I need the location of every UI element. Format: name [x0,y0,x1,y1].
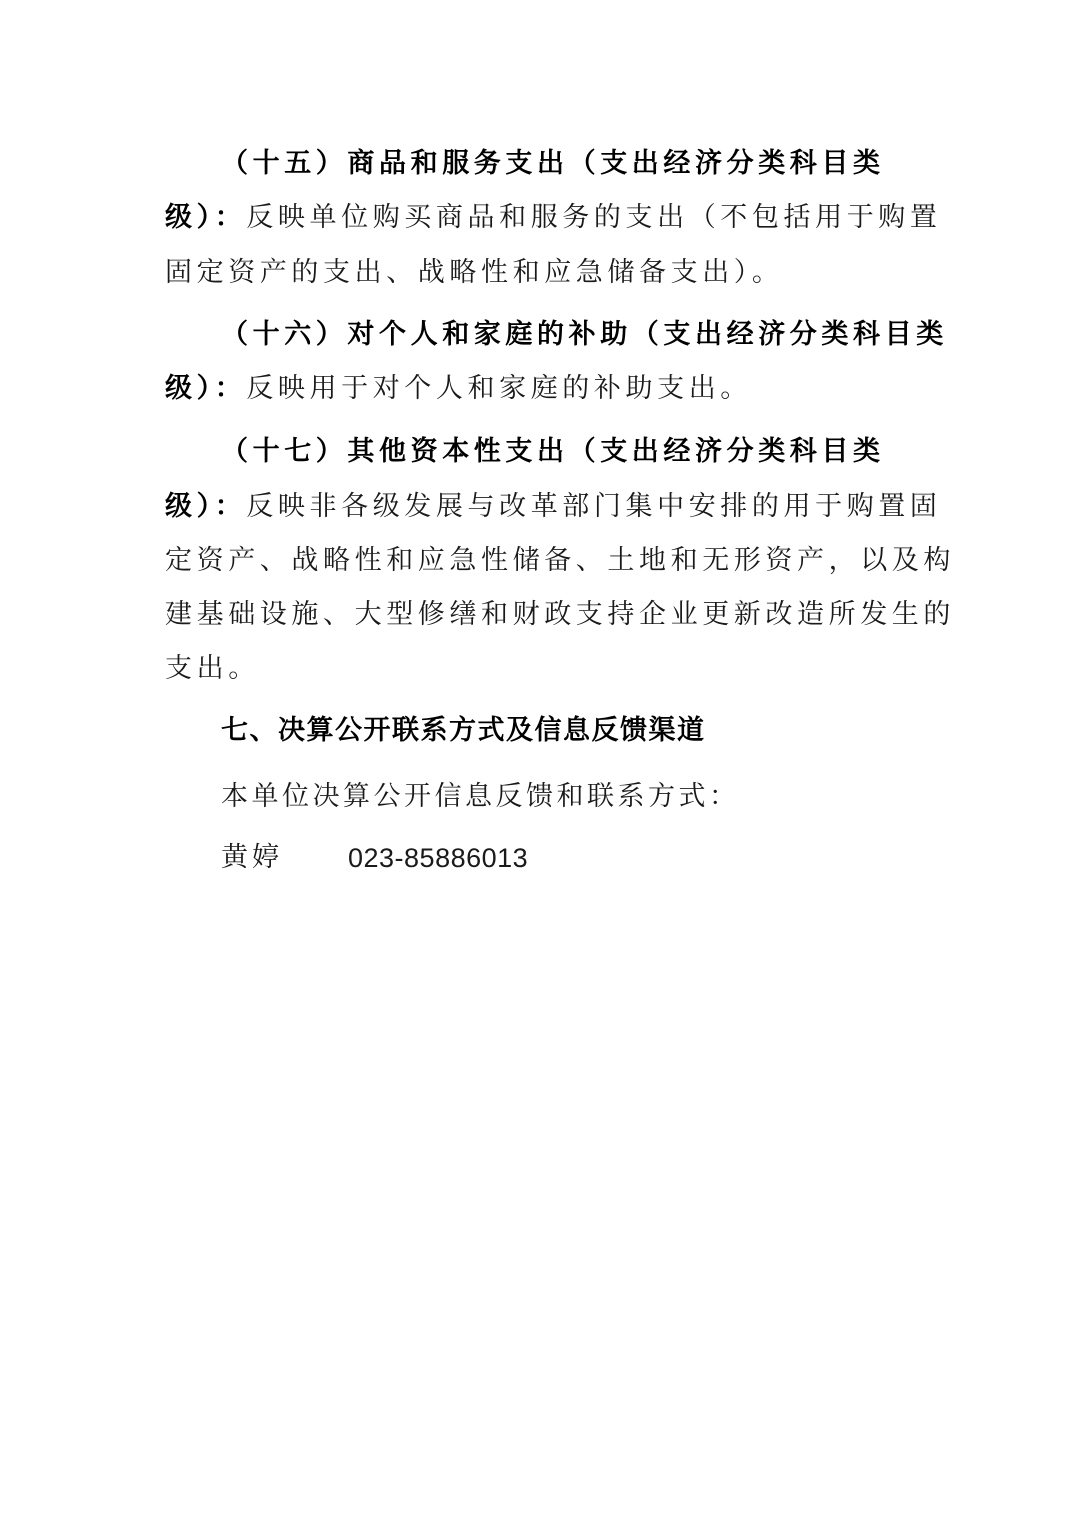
section-15-title: （十五）商品和服务支出（支出经济分类科目类 [221,147,885,181]
section-15-line-2: 固定资产的支出、战略性和应急储备支出）。 [165,256,784,290]
section-16-title: （十六）对个人和家庭的补助（支出经济分类科目类 [221,318,948,352]
section-15-text-1: 反映单位购买商品和服务的支出（不包括用于购置 [246,202,941,233]
section-16-title-tail: 级）： [165,373,246,404]
section-15-title-tail: 级）： [165,202,246,233]
section-16-line-1: 级）：反映用于对个人和家庭的补助支出。 [165,372,752,406]
contact-heading: 七、决算公开联系方式及信息反馈渠道 [221,714,706,748]
section-17-line-4: 支出。 [165,652,260,686]
section-17-line-2: 定资产、战略性和应急性储备、土地和无形资产，以及构 [165,544,955,578]
contact-intro: 本单位决算公开信息反馈和联系方式： [221,780,740,814]
document-page: （十五）商品和服务支出（支出经济分类科目类 级）：反映单位购买商品和服务的支出（… [0,0,1075,1521]
section-17-text-1: 反映非各级发展与改革部门集中安排的用于购置固 [246,491,941,522]
section-16-text-1: 反映用于对个人和家庭的补助支出。 [246,373,752,404]
contact-name: 黄婷 [221,841,283,875]
section-17-line-3: 建基础设施、大型修缮和财政支持企业更新改造所发生的 [165,598,955,632]
section-17-title: （十七）其他资本性支出（支出经济分类科目类 [221,435,885,469]
section-15-line-1: 级）：反映单位购买商品和服务的支出（不包括用于购置 [165,201,942,235]
section-17-title-tail: 级）： [165,491,246,522]
section-17-line-1: 级）：反映非各级发展与改革部门集中安排的用于购置固 [165,490,942,524]
contact-phone: 023-85886013 [348,841,528,875]
